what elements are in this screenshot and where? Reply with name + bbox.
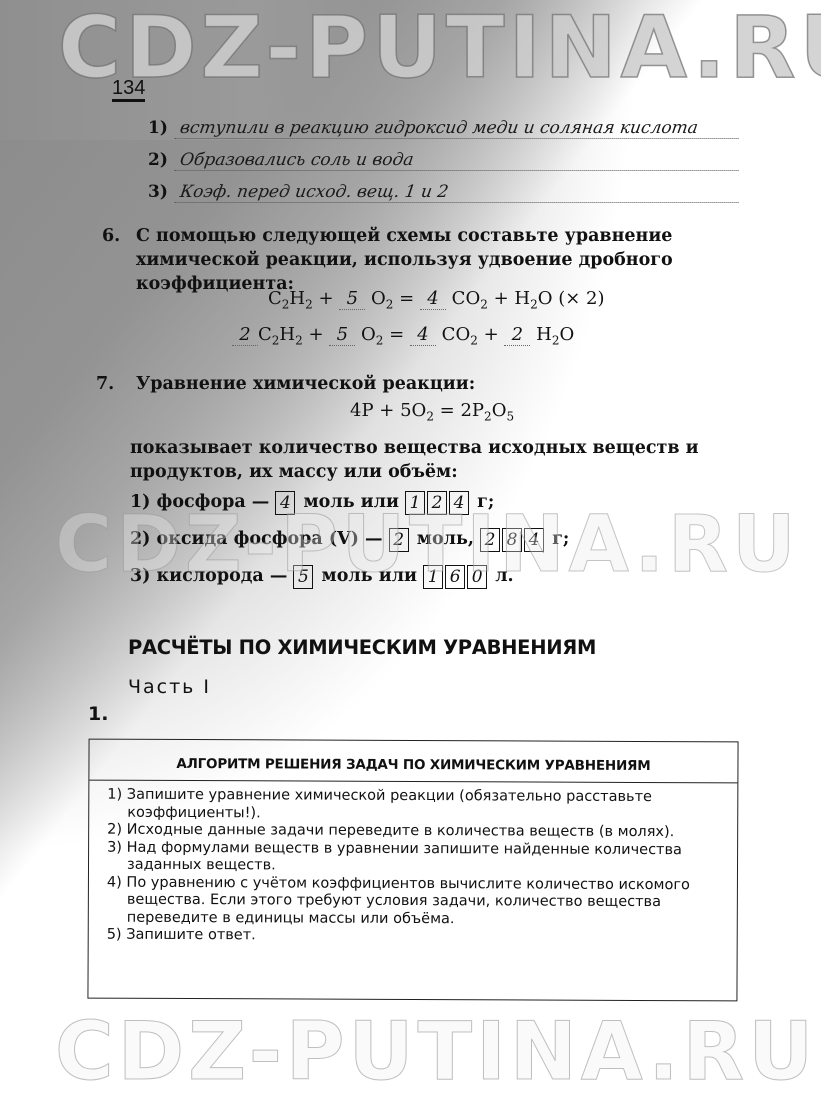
o2-coefficient: 5 [329, 324, 355, 346]
equation-1: C2H2 + 5 O2 = 4 CO2 + H2O (× 2) [268, 288, 605, 312]
equation-2: 2C2H2 + 5 O2 = 4 CO2 + 2 H2O [232, 324, 574, 348]
digit-box: 8 [502, 528, 522, 552]
mol-box: 5 [293, 565, 313, 589]
task-number: 6. [102, 224, 120, 248]
task-number: 7. [96, 372, 114, 396]
algorithm-step: 5) Запишите ответ. [107, 927, 723, 947]
algorithm-box: АЛГОРИТМ РЕШЕНИЯ ЗАДАЧ ПО ХИМИЧЕСКИМ УРА… [87, 739, 738, 1002]
algorithm-step: 1) Запишите уравнение химической реакции… [107, 787, 723, 825]
algorithm-step: 3) Над формулами веществ в уравнении зап… [107, 839, 723, 877]
page-number: 134 [112, 78, 145, 102]
algorithm-step: 2) Исходные данные задачи переведите в к… [107, 822, 723, 842]
digit-box: 1 [405, 491, 425, 515]
o2-coefficient: 5 [339, 288, 365, 310]
h2o-coefficient: 2 [504, 324, 530, 346]
digit-box: 2 [480, 528, 500, 552]
section-title: РАСЧЁТЫ ПО ХИМИЧЕСКИМ УРАВНЕНИЯМ [128, 636, 596, 659]
digit-box: 4 [524, 528, 544, 552]
answer-line-1: 1)вступили в реакцию гидроксид меди и со… [148, 118, 788, 144]
mol-box: 2 [389, 528, 409, 552]
c2h2-coefficient: 2 [232, 324, 258, 346]
digit-box: 6 [445, 565, 465, 589]
algorithm-step: 4) По уравнению с учётом коэффициентов в… [107, 874, 723, 929]
answer-line-2: 2)Образовались соль и вода [148, 150, 788, 176]
handwritten-answer: Образовались соль и вода [175, 150, 742, 171]
part-label: Часть I [128, 676, 211, 698]
digit-box: 2 [427, 491, 447, 515]
answer-row-phosphorus-oxide: 2) оксида фосфора (V) — 2 моль, 284 г; [130, 524, 569, 554]
co2-coefficient: 4 [410, 324, 436, 346]
answer-line-3: 3)Коэф. перед исход. вещ. 1 и 2 [148, 182, 788, 208]
equation-phosphorus: 4P + 5O2 = 2P2O5 [350, 400, 514, 424]
handwritten-answer: Коэф. перед исход. вещ. 1 и 2 [175, 182, 742, 203]
task-7-text: показывает количество вещества исходных … [130, 436, 750, 484]
digit-box: 0 [467, 565, 487, 589]
task-text: С помощью следующей схемы составьте урав… [136, 224, 752, 296]
algorithm-steps: 1) Запишите уравнение химической реакции… [89, 787, 738, 947]
watermark-bottom: CDZ-PUTINA.RU [55, 1005, 817, 1094]
task-text: Уравнение химической реакции: [136, 372, 756, 396]
answer-row-oxygen: 3) кислорода — 5 моль или 160 л. [130, 561, 514, 591]
co2-coefficient: 4 [420, 288, 446, 310]
handwritten-answer: вступили в реакцию гидроксид меди и соля… [175, 118, 742, 139]
algorithm-title: АЛГОРИТМ РЕШЕНИЯ ЗАДАЧ ПО ХИМИЧЕСКИМ УРА… [89, 740, 737, 784]
digit-box: 1 [423, 565, 443, 589]
mol-box: 4 [275, 491, 295, 515]
answer-row-phosphorus: 1) фосфора — 4 моль или 124 г; [130, 487, 494, 517]
task-6: 6. С помощью следующей схемы составьте у… [102, 224, 752, 296]
digit-box: 4 [449, 491, 469, 515]
task-number: 1. [88, 703, 108, 725]
task-7-intro: 7. Уравнение химической реакции: [96, 372, 756, 396]
